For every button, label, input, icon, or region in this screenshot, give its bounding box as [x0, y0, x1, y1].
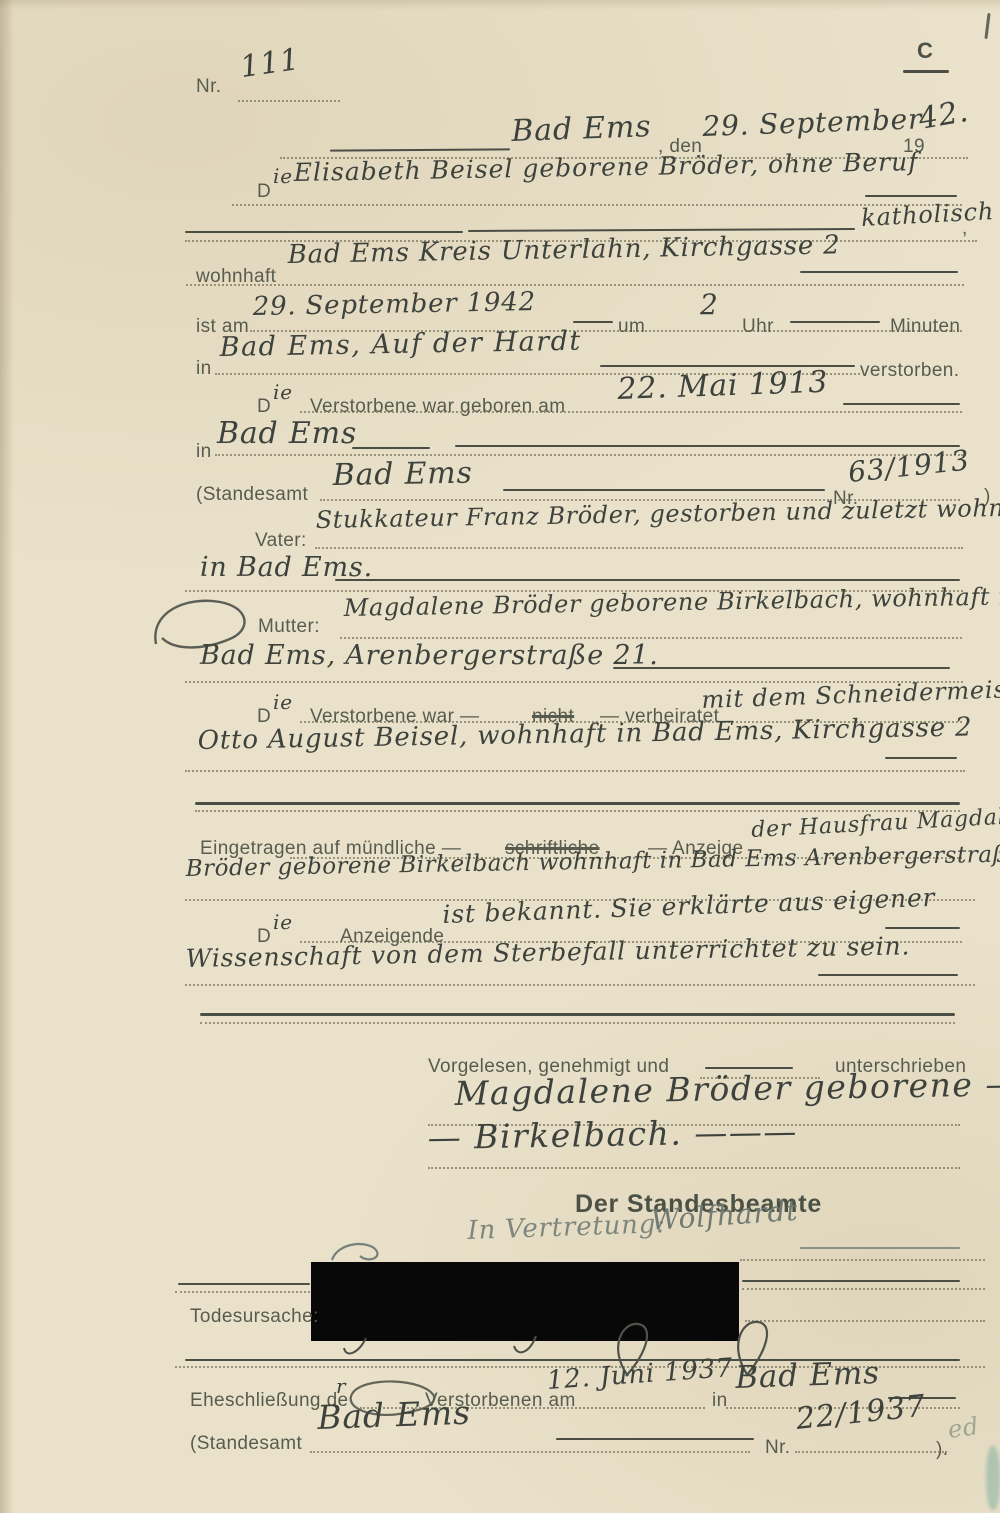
- fill-line: [340, 637, 962, 639]
- section-rule: [195, 802, 960, 805]
- clerk-dash: [790, 321, 880, 323]
- die-prefix: D: [257, 396, 271, 418]
- fill-line: [795, 1451, 947, 1453]
- fill-line: [740, 1259, 985, 1261]
- death-hour: 2: [700, 288, 719, 321]
- birth-place: Bad Ems: [217, 416, 357, 451]
- record-year: 42.: [916, 94, 971, 137]
- die-prefix: D: [257, 181, 271, 203]
- cause-of-death-label: Todesursache:: [190, 1306, 319, 1328]
- fill-line: [175, 1291, 310, 1293]
- clerk-dash: [556, 1438, 754, 1440]
- fill-line: [310, 1451, 750, 1453]
- handwriting-fragment: [326, 1238, 426, 1264]
- fill-line: [186, 284, 964, 286]
- uhr-label: Uhr: [742, 316, 774, 338]
- residence-value: Bad Ems Kreis Unterlahn, Kirchgasse 2: [287, 230, 840, 270]
- signature-line2: — Birkelbach. ———: [427, 1112, 798, 1157]
- fill-line: [238, 100, 340, 102]
- rule-line: [178, 1283, 310, 1285]
- fill-line: [232, 204, 962, 206]
- minuten-label: Minuten: [890, 316, 960, 338]
- clerk-dash: [352, 447, 430, 449]
- deceased-name: Elisabeth Beisel geborene Bröder, ohne B…: [293, 147, 918, 187]
- birth-date: 22. Mai 1913: [617, 365, 829, 407]
- clerk-dash: [800, 271, 958, 273]
- record-number-value: 111: [238, 42, 302, 85]
- informant-statement-hw: Wissenschaft von dem Sterbefall unterric…: [185, 931, 910, 973]
- clerk-dash: [613, 667, 950, 669]
- rule-line: [742, 1280, 960, 1282]
- fill-line: [185, 770, 965, 772]
- paren: ).: [936, 1439, 948, 1461]
- registry-label: (Standesamt: [196, 484, 308, 506]
- clerk-dash: [865, 195, 957, 197]
- die-suffix-hw: ie: [273, 690, 293, 714]
- fill-line: [185, 984, 975, 986]
- fill-line: [742, 1288, 985, 1290]
- fill-line: [195, 810, 960, 812]
- verstorben-label: verstorben.: [860, 360, 959, 382]
- clerk-dash: [335, 579, 960, 581]
- fill-line: [428, 1167, 960, 1169]
- reporter-intro-hw: der Hausfrau Magdalene: [751, 802, 1000, 843]
- in-label: in: [196, 358, 212, 380]
- clerk-dash: [885, 757, 957, 759]
- section-stamp-c: C: [917, 38, 933, 64]
- clerk-dash-pencil: [800, 1247, 960, 1249]
- death-record-page: C Nr. 111 Bad Ems , den 29. September 19…: [0, 0, 1000, 1513]
- clerk-dash: [185, 231, 463, 233]
- margin-tick-mark: [984, 13, 990, 39]
- nr-label: Nr.: [765, 1437, 790, 1459]
- die-suffix-hw: ie: [273, 164, 293, 188]
- um-label: um: [618, 316, 645, 338]
- clerk-dash: [330, 148, 510, 151]
- clerk-dash: [843, 403, 960, 405]
- marriage-registry-place: Bad Ems: [317, 1393, 472, 1437]
- clerk-dash: [818, 974, 958, 976]
- registry-label: (Standesamt: [190, 1433, 302, 1455]
- clerk-dash: [573, 321, 613, 323]
- fill-line: [315, 547, 963, 549]
- in-label: in: [196, 441, 212, 463]
- teal-edge-smudge: [986, 1446, 1000, 1510]
- marriage-place: Bad Ems: [735, 1355, 881, 1396]
- place-of-record: Bad Ems: [511, 109, 652, 149]
- die-suffix-hw: ie: [273, 910, 293, 934]
- fill-line: [200, 1022, 955, 1024]
- born-on-label: Verstorbene war geboren am: [310, 396, 565, 418]
- stamp-underline: [903, 70, 949, 73]
- comma: ,: [962, 218, 968, 240]
- fill-line: [300, 411, 962, 413]
- religion: katholisch: [861, 197, 995, 232]
- clerk-dash: [885, 927, 960, 929]
- birth-registry-number: 63/1913: [847, 443, 972, 489]
- record-number-label: Nr.: [196, 76, 221, 98]
- birth-registry-place: Bad Ems: [332, 456, 473, 493]
- mother-line2: Bad Ems, Arenbergerstraße 21.: [200, 640, 659, 671]
- record-date: 29. September: [702, 102, 923, 143]
- mother-line1: Magdalene Bröder geborene Birkelbach, wo…: [344, 582, 1000, 622]
- deputy-note-hw: In Vertretung:: [467, 1209, 666, 1246]
- clerk-dash: [455, 445, 960, 447]
- death-date: 29. September 1942: [252, 287, 536, 322]
- death-place: Bad Ems, Auf der Hardt: [219, 326, 582, 363]
- marriage-registry-number: 22/1937: [794, 1389, 927, 1437]
- mother-label: Mutter:: [258, 616, 320, 638]
- die-suffix-hw: ie: [273, 380, 293, 404]
- clerk-dash: [503, 489, 825, 491]
- section-rule: [200, 1013, 955, 1016]
- pencil-margin-note: ed: [946, 1412, 981, 1444]
- father-label: Vater:: [255, 530, 307, 552]
- informant-known-hw: ist bekannt. Sie erklärte aus eigener: [442, 883, 936, 929]
